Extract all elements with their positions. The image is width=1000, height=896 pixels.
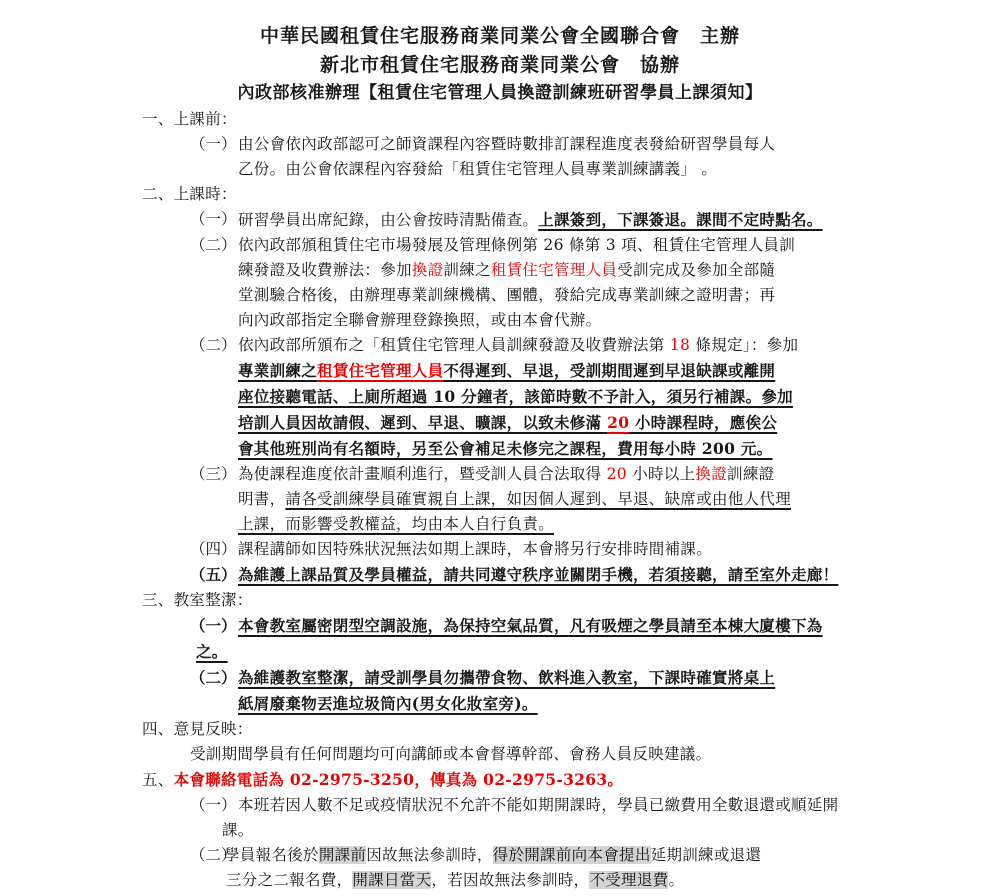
item-lines: 學員報名後於開課前因故無法參訓時，得於開課前向本會提出延期訓練或退還三分之二報名… — [238, 843, 761, 893]
text-segment: 研習學員出席紀錄，由公會按時清點備查。 — [238, 211, 538, 229]
text-line: 本班若因人數不足或疫情狀況不允許不能如期開課時，學員已繳費用全數退還或順延開 — [238, 793, 838, 818]
text-segment: 堂測驗合格後，由辦理專業訓練機構、團體，發給完成專業訓練之證明書；再 — [238, 286, 775, 304]
text-segment: 換證 — [412, 261, 444, 279]
text-segment: 之。 — [196, 642, 228, 661]
text-line: 專業訓練之租賃住宅管理人員不得遲到、早退，受訓期間遲到早退缺課或離開 — [238, 358, 798, 384]
text-segment: 座位接聽電話、上廁所超過 10 分鐘者，該節時數不予計入，須另行補課。參加 — [238, 387, 793, 406]
title-block: 中華民國租賃住宅服務商業同業公會全國聯合會 主辦新北市租賃住宅服務商業同業公會 … — [0, 22, 1000, 107]
text-segment: 明書， — [238, 490, 285, 508]
item-label: （三） — [190, 462, 238, 537]
item-lines: 受訓期間學員有任何問題均可向講師或本會督導幹部、會務人員反映建議。 — [190, 742, 711, 767]
text-line: 練發證及收費辦法：參加換證訓練之租賃住宅管理人員受訓完成及參加全部隨 — [238, 258, 795, 283]
list-item: （四）課程講師如因特殊狀況無法如期上課時，本會將另行安排時間補課。 — [190, 537, 1000, 562]
item-label: （四） — [190, 537, 238, 562]
section-heading: 一、上課前： — [142, 107, 1000, 132]
document-page: 中華民國租賃住宅服務商業同業公會全國聯合會 主辦新北市租賃住宅服務商業同業公會 … — [0, 0, 1000, 893]
text-line: 紙屑廢棄物丟進垃圾筒內(男女化妝室旁)。 — [238, 691, 775, 717]
text-segment: ，若因故無法參訓時， — [431, 871, 589, 889]
section-heading: 二、上課時： — [142, 182, 1000, 207]
text-segment: 向內政部指定全聯會辦理登錄換照，或由本會代辦。 — [238, 311, 601, 329]
text-line: 學員報名後於開課前因故無法參訓時，得於開課前向本會提出延期訓練或退還 — [224, 843, 761, 868]
text-segment: 依內政部頒租賃住宅市場發展及管理條例第 26 條第 3 項、租賃住宅管理人員訓 — [238, 236, 795, 254]
list-item: （二）依內政部所頒布之「租賃住宅管理人員訓練發證及收費辦法第 18 條規定」：參… — [190, 333, 1000, 462]
text-segment: 課。 — [222, 821, 254, 839]
item-label: （二） — [190, 333, 238, 462]
item-lines: 為維護教室整潔，請受訓學員勿攜帶食物、飲料進入教室，下課時確實將桌上紙屑廢棄物丟… — [238, 665, 775, 717]
item-label: （二） — [190, 665, 238, 717]
text-segment: 本會教室屬密閉型空調設施，為保持空氣品質，凡有吸煙之學員請至本棟大廈樓下為 — [238, 616, 823, 635]
item-label: （二） — [190, 233, 238, 333]
text-segment: 延期訓練或退還 — [651, 846, 762, 864]
text-segment: 18 — [670, 336, 690, 354]
text-segment: 為使課程進度依計畫順利進行，暨受訓人員合法取得 — [238, 465, 607, 483]
heading-segment: 五、 — [142, 771, 174, 789]
list-item: （一）本會教室屬密閉型空調設施，為保持空氣品質，凡有吸煙之學員請至本棟大廈樓下為… — [190, 613, 1000, 665]
item-lines: 由公會依內政部認可之師資課程內容暨時數排訂課程進度表發給研習學員每人乙份。由公會… — [238, 132, 775, 182]
text-line: 向內政部指定全聯會辦理登錄換照，或由本會代辦。 — [238, 308, 795, 333]
text-segment: 20 — [607, 413, 629, 432]
text-segment: 專業訓練之 — [238, 361, 317, 380]
text-line: 為維護教室整潔，請受訓學員勿攜帶食物、飲料進入教室，下課時確實將桌上 — [238, 665, 775, 691]
text-segment: 不得遲到、早退，受訓期間遲到早退缺課或離開 — [443, 361, 775, 380]
text-line: 由公會依內政部認可之師資課程內容暨時數排訂課程進度表發給研習學員每人 — [238, 132, 775, 157]
list-item: （二）學員報名後於開課前因故無法參訓時，得於開課前向本會提出延期訓練或退還三分之… — [190, 843, 1000, 893]
text-segment: 會其他班別尚有名額時，另至公會補足未修完之課程，費用每小時 200 元。 — [238, 439, 772, 458]
list-item: （五）為維護上課品質及學員權益，請共同遵守秩序並關閉手機，若須接聽，請至室外走廊… — [190, 562, 1000, 588]
list-item: 受訓期間學員有任何問題均可向講師或本會督導幹部、會務人員反映建議。 — [190, 742, 1000, 767]
list-item: （二）為維護教室整潔，請受訓學員勿攜帶食物、飲料進入教室，下課時確實將桌上紙屑廢… — [190, 665, 1000, 717]
text-segment: 20 — [607, 465, 627, 483]
text-segment: 為維護上課品質及學員權益，請共同遵守秩序並關閉手機，若須接聽，請至室外走廊！ — [238, 565, 838, 584]
text-line: 本會教室屬密閉型空調設施，為保持空氣品質，凡有吸煙之學員請至本棟大廈樓下為 — [238, 613, 823, 639]
item-lines: 依內政部頒租賃住宅市場發展及管理條例第 26 條第 3 項、租賃住宅管理人員訓練… — [238, 233, 795, 333]
section-heading: 五、本會聯絡電話為 02-2975-3250，傳真為 02-2975-3263。 — [142, 767, 1000, 793]
list-item: （一）由公會依內政部認可之師資課程內容暨時數排訂課程進度表發給研習學員每人乙份。… — [190, 132, 1000, 182]
item-lines: 為維護上課品質及學員權益，請共同遵守秩序並關閉手機，若須接聽，請至室外走廊！ — [238, 562, 838, 588]
text-segment: 小時課程時，應俟公 — [629, 413, 777, 432]
text-line: 乙份。由公會依課程內容發給「租賃住宅管理人員專業訓練講義」 。 — [238, 157, 775, 182]
text-line: 座位接聽電話、上廁所超過 10 分鐘者，該節時數不予計入，須另行補課。參加 — [238, 384, 798, 410]
text-segment: 小時以上 — [627, 465, 695, 483]
text-segment: 訓練證 — [727, 465, 774, 483]
item-lines: 本會教室屬密閉型空調設施，為保持空氣品質，凡有吸煙之學員請至本棟大廈樓下為之。 — [238, 613, 823, 665]
text-line: 課程講師如因特殊狀況無法如期上課時，本會將另行安排時間補課。 — [238, 537, 712, 562]
text-line: 堂測驗合格後，由辦理專業訓練機構、團體，發給完成專業訓練之證明書；再 — [238, 283, 795, 308]
text-segment: 乙份。由公會依課程內容發給「租賃住宅管理人員專業訓練講義」 。 — [238, 160, 717, 178]
text-segment: 上課，而影響受教權益，均由本人自行負責。 — [238, 515, 554, 533]
list-item: （一）研習學員出席紀錄，由公會按時清點備查。上課簽到，下課簽退。課間不定時點名。 — [190, 207, 1000, 233]
text-line: 為維護上課品質及學員權益，請共同遵守秩序並關閉手機，若須接聽，請至室外走廊！ — [238, 562, 838, 588]
text-line: 之。 — [196, 639, 823, 665]
text-segment: 因故無法參訓時， — [366, 846, 492, 864]
text-segment: 三分之二報名費， — [226, 871, 352, 889]
list-item: （二）依內政部頒租賃住宅市場發展及管理條例第 26 條第 3 項、租賃住宅管理人… — [190, 233, 1000, 333]
text-segment: 受訓完成及參加全部隨 — [617, 261, 775, 279]
text-segment: 不受理退費 — [589, 871, 668, 889]
text-line: 依內政部所頒布之「租賃住宅管理人員訓練發證及收費辦法第 18 條規定」：參加 — [238, 333, 798, 358]
text-segment: 依內政部所頒布之「租賃住宅管理人員訓練發證及收費辦法第 — [238, 336, 670, 354]
heading-segment: 四、意見反映： — [142, 720, 253, 738]
text-segment: 開課前 — [319, 846, 366, 864]
text-line: 依內政部頒租賃住宅市場發展及管理條例第 26 條第 3 項、租賃住宅管理人員訓 — [238, 233, 795, 258]
text-segment: 培訓人員因故請假、遲到、早退、曠課，以致未修滿 — [238, 413, 607, 432]
heading-segment: 本會聯絡電話為 02-2975-3250，傳真為 02-2975-3263。 — [174, 770, 624, 789]
text-segment: 。 — [668, 871, 684, 889]
document-title-line-1: 中華民國租賃住宅服務商業同業公會全國聯合會 主辦 — [0, 22, 1000, 51]
heading-segment: 二、上課時： — [142, 185, 237, 203]
heading-segment: 一、上課前： — [142, 110, 237, 128]
text-line: 為使課程進度依計畫順利進行，暨受訓人員合法取得 20 小時以上換證訓練證 — [238, 462, 791, 487]
list-item: （一）本班若因人數不足或疫情狀況不允許不能如期開課時，學員已繳費用全數退還或順延… — [190, 793, 1000, 843]
text-segment: 訓練之 — [443, 261, 490, 279]
text-segment: 租賃住宅管理人員 — [491, 261, 617, 279]
item-lines: 本班若因人數不足或疫情狀況不允許不能如期開課時，學員已繳費用全數退還或順延開課。 — [238, 793, 838, 843]
text-segment: 本班若因人數不足或疫情狀況不允許不能如期開課時，學員已繳費用全數退還或順延開 — [238, 796, 838, 814]
text-line: 課。 — [222, 818, 838, 843]
text-segment: 換證 — [695, 465, 727, 483]
section-heading: 四、意見反映： — [142, 717, 1000, 742]
section-heading: 三、教室整潔： — [142, 588, 1000, 613]
text-segment: 開課日當天 — [352, 871, 431, 889]
text-line: 研習學員出席紀錄，由公會按時清點備查。上課簽到，下課簽退。課間不定時點名。 — [238, 207, 823, 233]
text-segment: 學員報名後於 — [224, 846, 319, 864]
item-label: （一） — [190, 207, 238, 233]
text-segment: 為維護教室整潔，請受訓學員勿攜帶食物、飲料進入教室，下課時確實將桌上 — [238, 668, 775, 687]
text-line: 三分之二報名費，開課日當天，若因故無法參訓時，不受理退費。 — [226, 868, 761, 893]
item-label: （一） — [190, 132, 238, 182]
text-segment: 租賃住宅管理人員 — [317, 361, 443, 380]
document-title-line-3: 內政部核准辦理【租賃住宅管理人員換證訓練班研習學員上課須知】 — [0, 80, 1000, 107]
item-label: （五） — [190, 562, 238, 588]
text-segment: 紙屑廢棄物丟進垃圾筒內(男女化妝室旁)。 — [238, 694, 538, 713]
item-lines: 為使課程進度依計畫順利進行，暨受訓人員合法取得 20 小時以上換證訓練證明書，請… — [238, 462, 791, 537]
text-line: 明書，請各受訓練學員確實親自上課，如因個人遲到、早退、缺席或由他人代理 — [238, 487, 791, 512]
heading-segment: 三、教室整潔： — [142, 591, 253, 609]
text-segment: 請各受訓練學員確實親自上課，如因個人遲到、早退、缺席或由他人代理 — [285, 490, 791, 508]
text-segment: 上課簽到，下課簽退。課間不定時點名。 — [538, 210, 822, 229]
text-segment: 得於開課前向本會提出 — [493, 846, 651, 864]
text-segment: 練發證及收費辦法：參加 — [238, 261, 412, 279]
text-segment: 課程講師如因特殊狀況無法如期上課時，本會將另行安排時間補課。 — [238, 540, 712, 558]
text-line: 受訓期間學員有任何問題均可向講師或本會督導幹部、會務人員反映建議。 — [190, 742, 711, 767]
document-body: 中華民國租賃住宅服務商業同業公會全國聯合會 主辦新北市租賃住宅服務商業同業公會 … — [0, 22, 1000, 893]
document-title-line-2: 新北市租賃住宅服務商業同業公會 協辦 — [0, 51, 1000, 80]
list-item: （三）為使課程進度依計畫順利進行，暨受訓人員合法取得 20 小時以上換證訓練證明… — [190, 462, 1000, 537]
item-lines: 課程講師如因特殊狀況無法如期上課時，本會將另行安排時間補課。 — [238, 537, 712, 562]
text-line: 培訓人員因故請假、遲到、早退、曠課，以致未修滿 20 小時課程時，應俟公 — [238, 410, 798, 436]
text-segment: 條規定」：參加 — [690, 336, 798, 354]
text-segment: 由公會依內政部認可之師資課程內容暨時數排訂課程進度表發給研習學員每人 — [238, 135, 775, 153]
text-line: 會其他班別尚有名額時，另至公會補足未修完之課程，費用每小時 200 元。 — [238, 436, 798, 462]
item-lines: 依內政部所頒布之「租賃住宅管理人員訓練發證及收費辦法第 18 條規定」：參加專業… — [238, 333, 798, 462]
text-segment: 受訓期間學員有任何問題均可向講師或本會督導幹部、會務人員反映建議。 — [190, 745, 711, 763]
text-line: 上課，而影響受教權益，均由本人自行負責。 — [238, 512, 791, 537]
item-lines: 研習學員出席紀錄，由公會按時清點備查。上課簽到，下課簽退。課間不定時點名。 — [238, 207, 823, 233]
